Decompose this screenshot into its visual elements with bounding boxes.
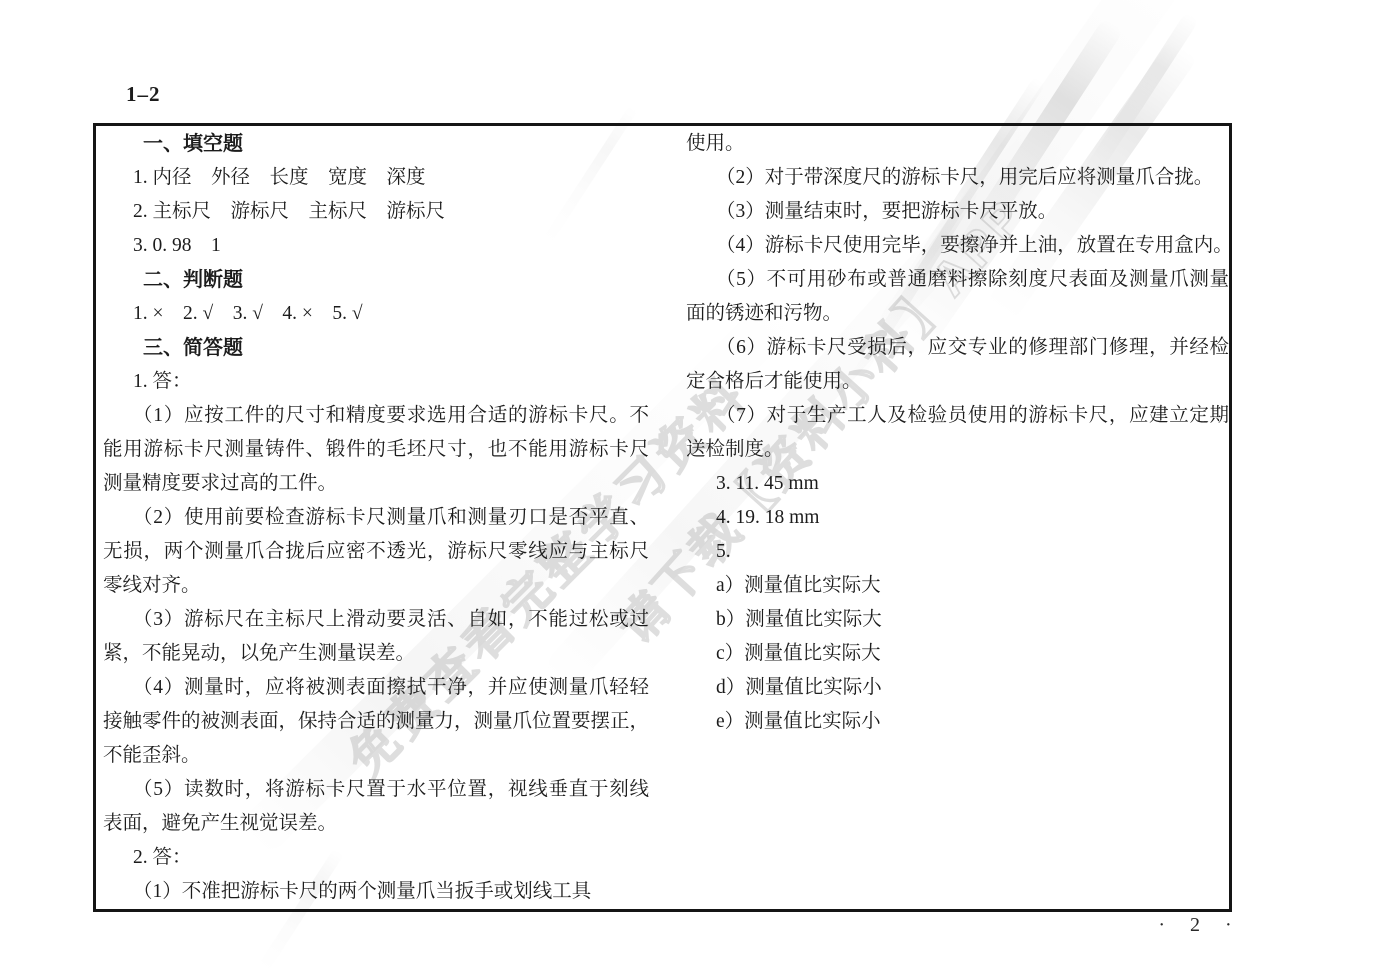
text-line: 5.	[686, 535, 1229, 569]
text-line: e）测量值比实际小	[686, 705, 1229, 739]
text-line: （5）读数时，将游标卡尺置于水平位置，视线垂直于刻线	[103, 773, 649, 807]
text-line: a）测量值比实际大	[686, 569, 1229, 603]
text-line: 零线对齐。	[103, 569, 649, 603]
text-line: 2. 主标尺 游标尺 主标尺 游标尺	[103, 195, 649, 229]
text-line: 三、简答题	[103, 331, 649, 365]
text-line: 表面，避免产生视觉误差。	[103, 807, 649, 841]
text-line: 1. 内径 外径 长度 宽度 深度	[103, 161, 649, 195]
text-line: （5）不可用砂布或普通磨料擦除刻度尺表面及测量爪测量	[686, 263, 1229, 297]
scanned-answer-page: { "page": { "corner_label": "1–2", "page…	[0, 0, 1382, 978]
text-line: c）测量值比实际大	[686, 637, 1229, 671]
right-column: 使用。（2）对于带深度尺的游标卡尺，用完后应将测量爪合拢。（3）测量结束时，要把…	[686, 127, 1229, 739]
left-column: 一、填空题1. 内径 外径 长度 宽度 深度2. 主标尺 游标尺 主标尺 游标尺…	[103, 127, 649, 909]
text-line: （6）游标卡尺受损后，应交专业的修理部门修理，并经检	[686, 331, 1229, 365]
section-label: 1–2	[126, 82, 161, 107]
text-line: 送检制度。	[686, 433, 1229, 467]
text-line: b）测量值比实际大	[686, 603, 1229, 637]
text-line: 3. 11. 45 mm	[686, 467, 1229, 501]
text-line: 使用。	[686, 127, 1229, 161]
text-line: （4）游标卡尺使用完毕，要擦净并上油，放置在专用盒内。	[686, 229, 1229, 263]
text-line: 不能歪斜。	[103, 739, 649, 773]
text-line: 面的锈迹和污物。	[686, 297, 1229, 331]
text-line: 无损，两个测量爪合拢后应密不透光，游标尺零线应与主标尺	[103, 535, 649, 569]
text-line: 2. 答：	[103, 841, 649, 875]
text-line: 二、判断题	[103, 263, 649, 297]
text-line: （2）使用前要检查游标卡尺测量爪和测量刃口是否平直、	[103, 501, 649, 535]
text-line: （3）游标尺在主标尺上滑动要灵活、自如，不能过松或过	[103, 603, 649, 637]
text-line: （2）对于带深度尺的游标卡尺，用完后应将测量爪合拢。	[686, 161, 1229, 195]
text-line: 一、填空题	[103, 127, 649, 161]
answer-sheet-box: 一、填空题1. 内径 外径 长度 宽度 深度2. 主标尺 游标尺 主标尺 游标尺…	[93, 123, 1232, 912]
text-line: （1）应按工件的尺寸和精度要求选用合适的游标卡尺。不	[103, 399, 649, 433]
text-line: （7）对于生产工人及检验员使用的游标卡尺，应建立定期	[686, 399, 1229, 433]
text-line: 紧，不能晃动，以免产生测量误差。	[103, 637, 649, 671]
text-line: 4. 19. 18 mm	[686, 501, 1229, 535]
text-line: （1）不准把游标卡尺的两个测量爪当扳手或划线工具	[103, 875, 649, 909]
text-line: （3）测量结束时，要把游标卡尺平放。	[686, 195, 1229, 229]
text-line: 1. × 2. √ 3. √ 4. × 5. √	[103, 297, 649, 331]
text-line: 定合格后才能使用。	[686, 365, 1229, 399]
text-line: 测量精度要求过高的工件。	[103, 467, 649, 501]
text-line: （4）测量时，应将被测表面擦拭干净，并应使测量爪轻轻	[103, 671, 649, 705]
text-line: 1. 答：	[103, 365, 649, 399]
text-line: 3. 0. 98 1	[103, 229, 649, 263]
text-line: d）测量值比实际小	[686, 671, 1229, 705]
page-number: · 2 ·	[1130, 914, 1270, 937]
text-line: 能用游标卡尺测量铸件、锻件的毛坯尺寸，也不能用游标卡尺	[103, 433, 649, 467]
text-line: 接触零件的被测表面，保持合适的测量力，测量爪位置要摆正，	[103, 705, 649, 739]
